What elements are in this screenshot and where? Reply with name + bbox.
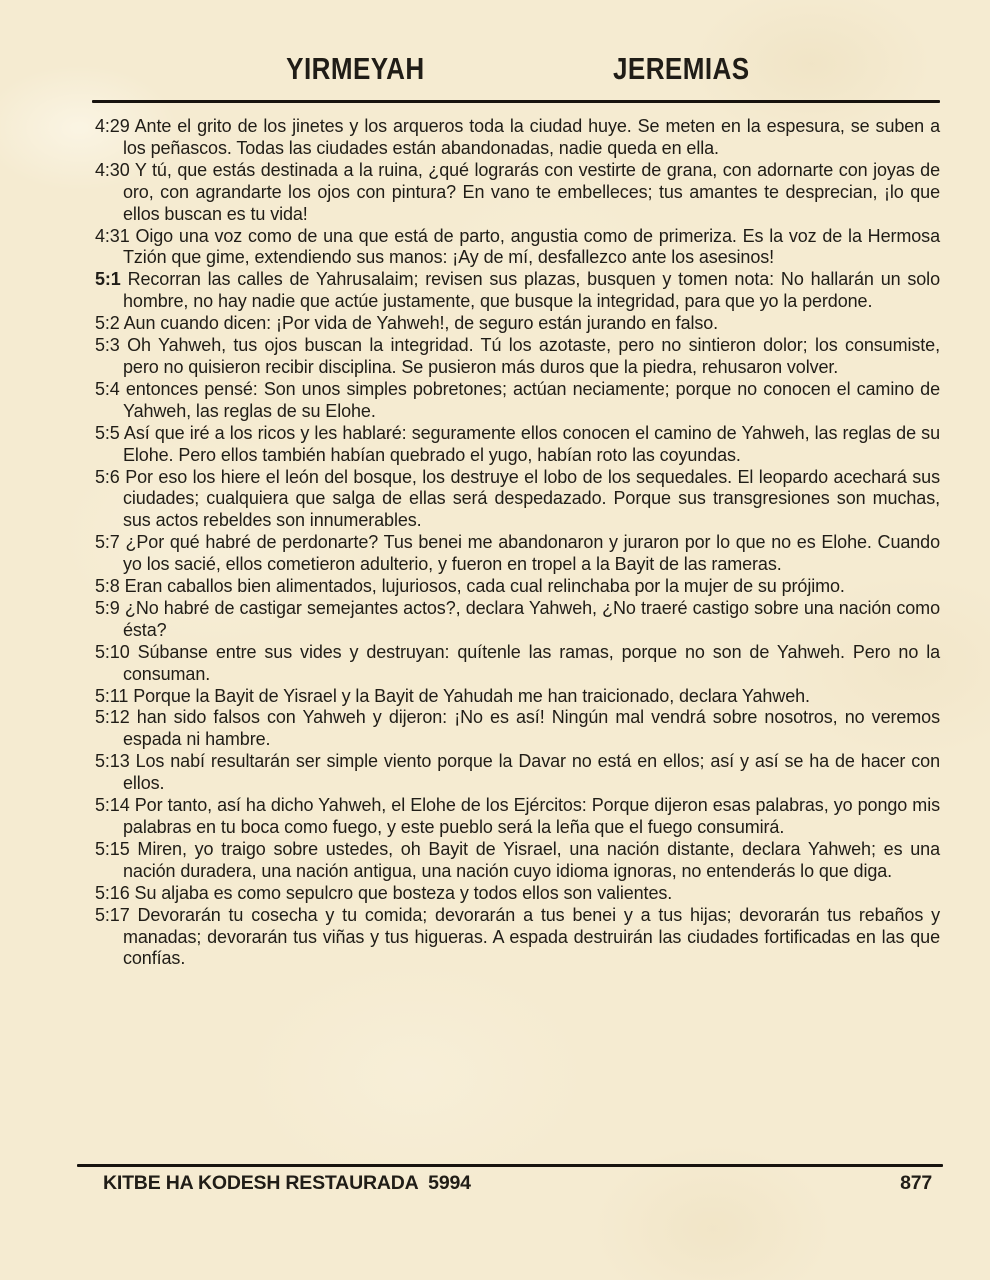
verse-paragraph: 5:15 Miren, yo traigo sobre ustedes, oh … — [95, 839, 940, 883]
page-number: 877 — [900, 1172, 932, 1195]
book-title-spanish: JEREMIAS — [613, 52, 749, 86]
page-footer: KITBE HA KODESH RESTAURADA 5994 877 — [77, 1172, 943, 1195]
header-rule — [92, 100, 940, 103]
verse-paragraph: 5:14 Por tanto, así ha dicho Yahweh, el … — [95, 795, 940, 839]
verse-paragraph: 5:8 Eran caballos bien alimentados, luju… — [95, 576, 940, 598]
verse-paragraph: 5:12 han sido falsos con Yahweh y dijero… — [95, 707, 940, 751]
verse-number: 5:6 — [95, 467, 120, 487]
verse-paragraph: 5:17 Devorarán tu cosecha y tu comida; d… — [95, 905, 940, 971]
edition-title: KITBE HA KODESH RESTAURADA 5994 — [103, 1172, 471, 1195]
verse-paragraph: 5:7 ¿Por qué habré de perdonarte? Tus be… — [95, 532, 940, 576]
verse-number: 5:17 — [95, 905, 130, 925]
footer-rule — [77, 1164, 943, 1167]
verse-paragraph: 5:4 entonces pensé: Son unos simples pob… — [95, 379, 940, 423]
verse-paragraph: 5:1 Recorran las calles de Yahrusalaim; … — [95, 269, 940, 313]
verse-paragraph: 4:30 Y tú, que estás destinada a la ruin… — [95, 160, 940, 226]
verse-number: 5:4 — [95, 379, 120, 399]
verse-paragraph: 5:16 Su aljaba es como sepulcro que bost… — [95, 883, 940, 905]
verse-number: 5:14 — [95, 795, 130, 815]
verse-paragraph: 5:9 ¿No habré de castigar semejantes act… — [95, 598, 940, 642]
verse-number: 4:31 — [95, 226, 130, 246]
verse-number: 5:5 — [95, 423, 120, 443]
verse-paragraph: 5:5 Así que iré a los ricos y les hablar… — [95, 423, 940, 467]
document-page: YIRMEYAH JEREMIAS 4:29 Ante el grito de … — [0, 0, 990, 1280]
verse-paragraph: 4:29 Ante el grito de los jinetes y los … — [95, 116, 940, 160]
verse-number: 5:12 — [95, 707, 130, 727]
book-title-hebrew: YIRMEYAH — [286, 52, 424, 86]
verse-number: 5:7 — [95, 532, 120, 552]
verse-number: 5:16 — [95, 883, 130, 903]
verse-paragraph: 4:31 Oigo una voz como de una que está d… — [95, 226, 940, 270]
verse-number: 5:13 — [95, 751, 130, 771]
verse-paragraph: 5:13 Los nabí resultarán ser simple vien… — [95, 751, 940, 795]
verse-number: 5:15 — [95, 839, 130, 859]
page-header: YIRMEYAH JEREMIAS — [95, 52, 940, 86]
verse-number: 5:11 — [95, 686, 128, 706]
verse-paragraph: 5:11 Porque la Bayit de Yisrael y la Bay… — [95, 686, 940, 708]
verse-number: 5:9 — [95, 598, 120, 618]
verse-paragraph: 5:10 Súbanse entre sus vides y destruyan… — [95, 642, 940, 686]
verse-paragraph: 5:6 Por eso los hiere el león del bosque… — [95, 467, 940, 533]
verse-number: 5:10 — [95, 642, 130, 662]
verse-number: 4:29 — [95, 116, 130, 136]
verse-number: 5:8 — [95, 576, 120, 596]
verse-paragraph: 5:3 Oh Yahweh, tus ojos buscan la integr… — [95, 335, 940, 379]
verse-number: 5:2 — [95, 313, 120, 333]
verse-number: 5:3 — [95, 335, 120, 355]
verse-paragraph: 5:2 Aun cuando dicen: ¡Por vida de Yahwe… — [95, 313, 940, 335]
verse-number: 4:30 — [95, 160, 130, 180]
verse-text-block: 4:29 Ante el grito de los jinetes y los … — [95, 116, 940, 970]
verse-number: 5:1 — [95, 269, 121, 289]
